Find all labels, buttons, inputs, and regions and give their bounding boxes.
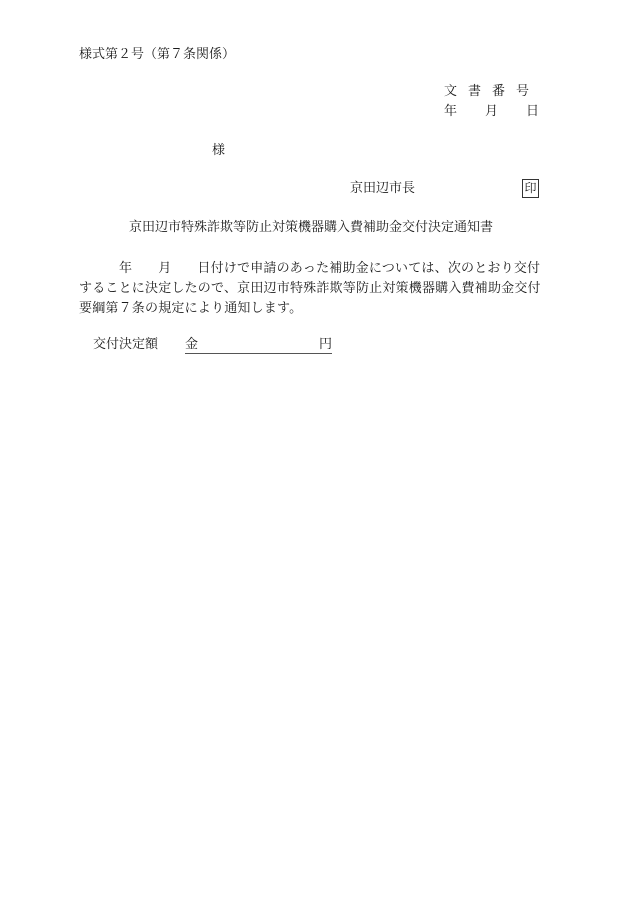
date-month-label: 月 (485, 104, 498, 120)
issuer-name: 京田辺市長 (350, 181, 415, 197)
document-title: 京田辺市特殊詐欺等防止対策機器購入費補助金交付決定通知書 (129, 220, 493, 236)
body-text: 日付けで申請のあった補助金については、次のとおり交付することに決定したので、京田… (79, 261, 541, 316)
amount-label: 交付決定額 (93, 337, 158, 353)
amount-prefix: 金 (185, 337, 198, 353)
document-number-label: 文書番号 (444, 84, 540, 100)
seal-mark: 印 (522, 179, 539, 198)
body-month-label: 月 (158, 261, 171, 276)
date-day-label: 日 (526, 104, 539, 120)
body-year-label: 年 (119, 261, 132, 276)
issue-date: 年月日 (444, 104, 539, 120)
amount-field: 金 円 (185, 337, 332, 354)
form-number: 様式第２号（第７条関係） (79, 47, 235, 63)
body-paragraph: 年月日付けで申請のあった補助金については、次のとおり交付することに決定したので、… (79, 259, 541, 319)
amount-suffix: 円 (319, 337, 332, 353)
date-year-label: 年 (444, 104, 457, 120)
addressee-suffix: 様 (212, 143, 225, 159)
